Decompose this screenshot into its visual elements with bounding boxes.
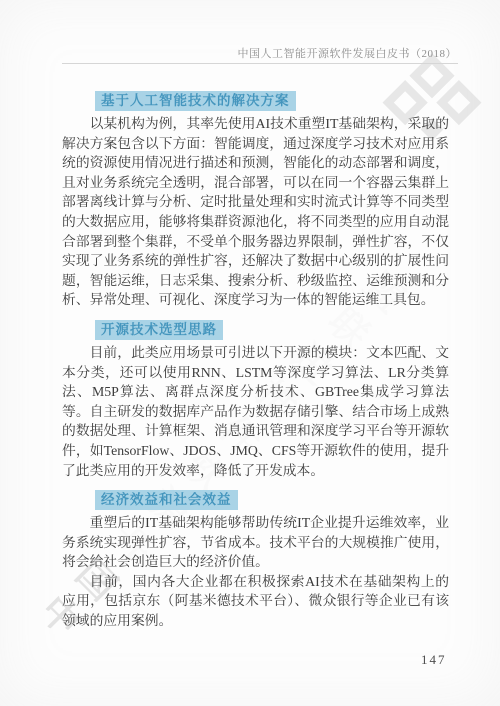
page-number: 147 [421,652,447,668]
section-heading-economic-social-benefit: 经济效益和社会效益 [95,490,238,510]
running-header-title: 中国人工智能开源软件发展白皮书（2018） [62,45,457,61]
header-rule [62,63,458,64]
paragraph: 目前，此类应用场景可引进以下开源的模块：文本匹配、文本分类，还可以使用RNN、L… [62,343,449,480]
document-body: 基于人工智能技术的解决方案 以某机构为例，其率先使用AI技术重塑IT基础架构，采… [62,80,449,631]
section-heading-open-source-selection: 开源技术选型思路 [95,320,223,340]
paragraph: 重塑后的IT基础架构能够帮助传统IT企业提升运维效率，业务系统实现弹性扩容，节省… [62,513,449,572]
paragraph: 目前，国内各大企业都在积极探索AI技术在基础架构上的应用，包括京东（阿基米德技术… [62,572,449,631]
section-heading-ai-solution: 基于人工智能技术的解决方案 [95,91,296,111]
paragraph: 以某机构为例，其率先使用AI技术重塑IT基础架构，采取的解决方案包含以下方面：智… [62,114,449,310]
